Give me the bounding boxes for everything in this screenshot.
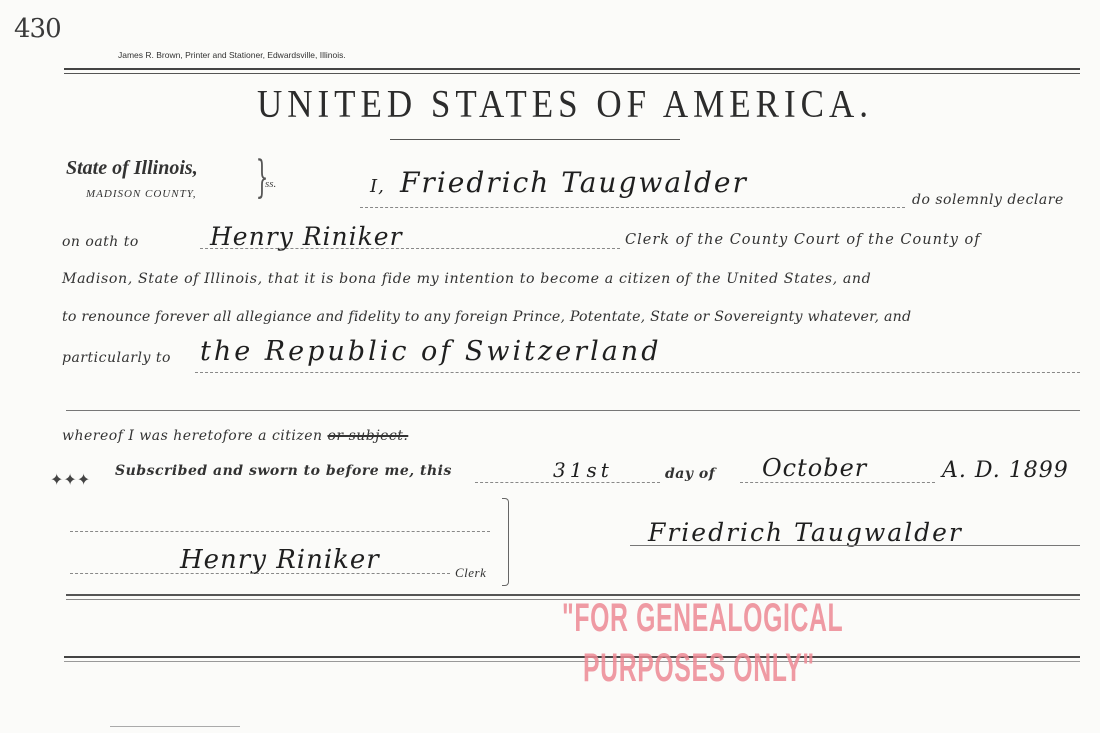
sovereignty-name: the Republic of Switzerland xyxy=(200,336,661,367)
blank-line xyxy=(66,410,1080,411)
venue-ss: ss. xyxy=(265,178,276,190)
printer-line: James R. Brown, Printer and Stationer, E… xyxy=(118,50,346,60)
on-oath-text: on oath to xyxy=(62,234,139,250)
declarant-signature-line xyxy=(630,545,1080,546)
jurat-year: A. D. 1899 xyxy=(942,458,1069,483)
bottom-rule-3 xyxy=(64,656,1080,658)
seal-mark: ✦✦✦ xyxy=(50,470,90,489)
clerk-signature-line xyxy=(70,573,450,574)
bottom-rule-5 xyxy=(110,726,240,727)
struck-subject-text: or subject. xyxy=(328,428,409,444)
whereof-citizen-text: whereof I was heretofore a citizen xyxy=(62,428,323,444)
particularly-to-text: particularly to xyxy=(62,350,171,366)
venue-county: MADISON COUNTY, xyxy=(86,188,197,200)
declaration-line-4: to renounce forever all allegiance and f… xyxy=(62,309,911,325)
declarant-line xyxy=(360,207,905,208)
clerk-name: Henry Riniker xyxy=(210,222,403,251)
subscribed-text: Subscribed and sworn to before me, this xyxy=(115,463,452,479)
document-title: UNITED STATES OF AMERICA. xyxy=(0,82,1100,127)
clerk-upper-line xyxy=(70,531,490,532)
do-declare-text: do solemnly declare xyxy=(912,192,1064,208)
declarant-pronoun: I, xyxy=(370,176,385,197)
declarant-signature: Friedrich Taugwalder xyxy=(648,518,963,547)
clerk-of-court-text: Clerk of the County Court of the County … xyxy=(625,232,981,248)
sovereignty-line xyxy=(195,372,1080,373)
clerk-brace xyxy=(502,498,509,586)
top-rule-2 xyxy=(64,73,1080,74)
clerk-label: Clerk xyxy=(455,565,486,581)
genealogy-stamp-line-1: "FOR GENEALOGICAL xyxy=(562,596,843,641)
jurat-month: October xyxy=(762,454,867,482)
declarant-name: Friedrich Taugwalder xyxy=(400,166,748,199)
clerk-name-line xyxy=(200,248,620,249)
jurat-day: 31st xyxy=(553,458,613,482)
title-underline xyxy=(390,139,680,140)
whereof-text: whereof I was heretofore a citizen or su… xyxy=(62,428,408,444)
day-line xyxy=(475,482,660,483)
bottom-rule-4 xyxy=(64,661,1080,662)
declaration-line-3: Madison, State of Illinois, that it is b… xyxy=(62,271,871,287)
clerk-signature: Henry Riniker xyxy=(180,545,380,575)
page-number: 430 xyxy=(14,14,61,44)
genealogy-stamp-line-2: PURPOSES ONLY" xyxy=(583,646,815,691)
top-rule-1 xyxy=(64,68,1080,70)
venue-state: State of Illinois, xyxy=(66,157,198,180)
day-of-text: day of xyxy=(665,466,715,482)
month-line xyxy=(740,482,935,483)
